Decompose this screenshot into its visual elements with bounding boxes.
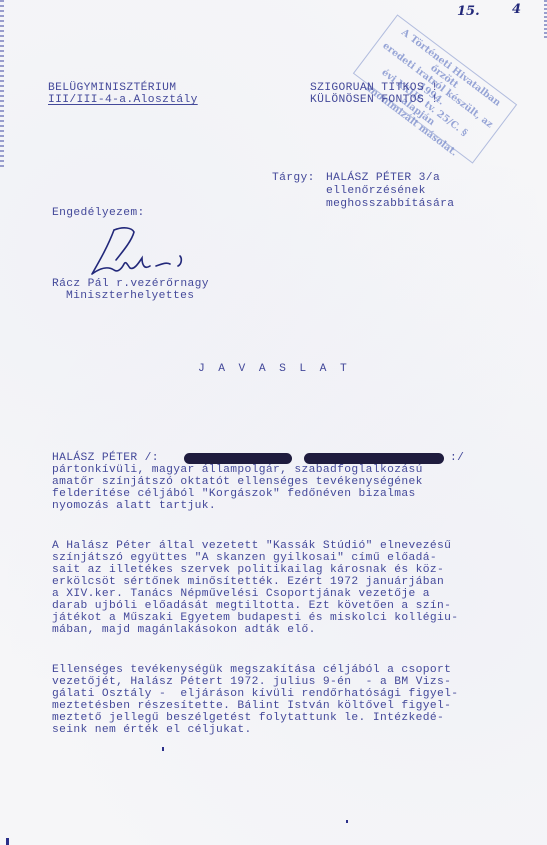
paragraph1-trail: :/: [450, 452, 464, 465]
subject-line-1: HALÁSZ PÉTER 3/a: [326, 172, 440, 185]
paragraph2-line: színjátszó együttes "A skanzen gyilkosai…: [52, 552, 437, 565]
scan-speck: [6, 838, 9, 845]
classification-line-1: SZIGORUAN TITKOS !: [310, 82, 438, 95]
scan-edge-left: [0, 0, 4, 170]
paragraph3-line: Ellenséges tevékenységük megszakítása cé…: [52, 664, 451, 677]
page-number-handwritten: 15.: [457, 4, 480, 19]
approver-name: Rácz Pál r.vezérőrnagy: [52, 278, 209, 291]
redaction-bar: [184, 453, 292, 464]
signature-icon: [80, 220, 220, 280]
paragraph2-line: erkölcsöt sértőnek minősítették. Ezért 1…: [52, 576, 444, 589]
paragraph1-line: amatőr színjátszó oktatót ellenséges tev…: [52, 476, 423, 489]
document-page: 15. 4 A Történeti Hivatalban őrzött ered…: [0, 0, 547, 845]
paragraph2-line: sait az illetékes szervek politikailag k…: [52, 564, 444, 577]
paragraph3-line: meztető jellegű beszélgetést folytattunk…: [52, 712, 444, 725]
paragraph1-line: felderítése céljából "Korgászok" fedőnév…: [52, 488, 416, 501]
paragraph2-line: A Halász Péter által vezetett "Kassák St…: [52, 540, 451, 553]
classification-line-2: KÜLÖNÖSEN FONTOS !: [310, 94, 438, 107]
paragraph3-line: vezetőjét, Halász Pétert 1972. julius 9-…: [52, 676, 451, 689]
paragraph3-line: meztetésben részesítette. Bálint István …: [52, 700, 451, 713]
paragraph2-line: darab ujbóli előadását megtiltotta. Ezt …: [52, 600, 451, 613]
approver-title: Miniszterhelyettes: [66, 290, 194, 303]
ministry-name: BELÜGYMINISZTÉRIUM: [48, 82, 176, 95]
paragraph2-line: a XIV.ker. Tanács Népművelési Csoportján…: [52, 588, 430, 601]
paragraph1-line: pártonkívüli, magyar állampolgár, szabad…: [52, 464, 423, 477]
paragraph3-line: gálati Osztály - eljáráson kívüli rendőr…: [52, 688, 458, 701]
folio-number-handwritten: 4: [512, 2, 521, 17]
redaction-bar: [304, 453, 444, 464]
subject-label: Tárgy:: [272, 172, 315, 185]
approval-label: Engedélyezem:: [52, 207, 145, 220]
paragraph3-line: seink nem érték el céljukat.: [52, 724, 252, 737]
paragraph2-line: játékot a Műszaki Egyetem budapesti és m…: [52, 612, 458, 625]
scan-speck: [346, 820, 348, 823]
subject-line-3: meghosszabbítására: [326, 198, 454, 211]
department-name: III/III-4-a.Alosztály: [48, 94, 198, 107]
paragraph2-line: mában, majd magánlakásokon adták elő.: [52, 624, 316, 637]
paragraph1-lead: HALÁSZ PÉTER /:: [52, 452, 159, 465]
document-title: JAVASLAT: [198, 363, 360, 376]
scan-speck: [162, 747, 164, 751]
paragraph1-line: nyomozás alatt tartjuk.: [52, 500, 216, 513]
subject-line-2: ellenőrzésének: [326, 185, 426, 198]
